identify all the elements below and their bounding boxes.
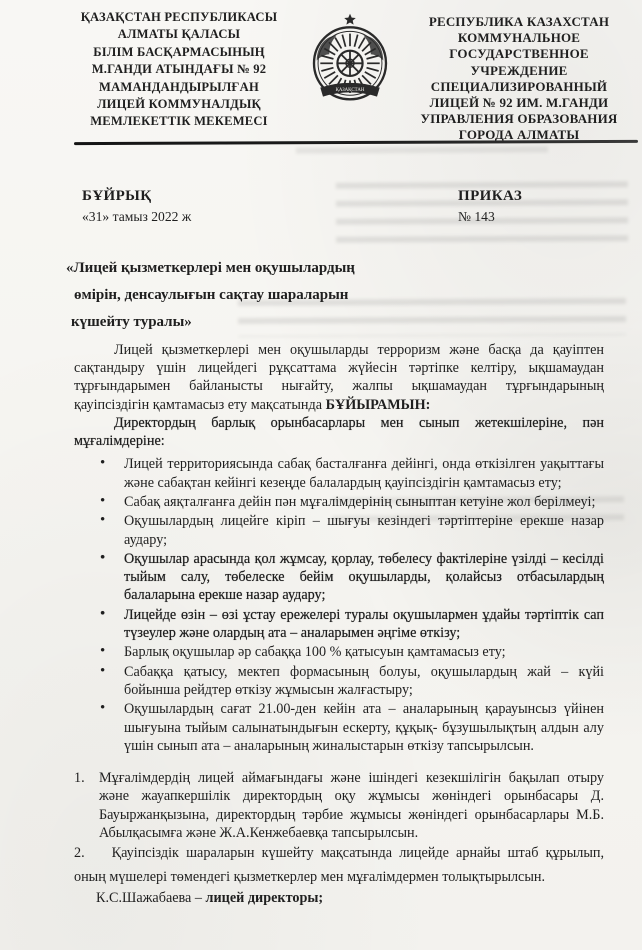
- letterhead: ҚАЗАҚСТАН РЕСПУБЛИКАСЫ АЛМАТЫ ҚАЛАСЫ БІЛ…: [0, 0, 642, 144]
- order-number: № 143: [458, 209, 578, 225]
- letterhead-line: КОММУНАЛЬНОЕ: [402, 30, 636, 46]
- order-date: «31» тамыз 2022 ж: [82, 209, 191, 225]
- subject-line: «Лицей қызметкерлері мен оқушылардың: [66, 255, 396, 282]
- subject-line: өмірін, денсаулығын сақтау шараларын: [66, 282, 396, 309]
- letterhead-line: МАМАНДАНДЫРЫЛҒАН: [60, 79, 298, 96]
- letterhead-line: СПЕЦИАЛИЗИРОВАННЫЙ: [402, 79, 636, 95]
- bleed-through-artifact: [296, 146, 548, 160]
- list-item: •Лицейде өзін – өзі ұстау ережелері тура…: [124, 606, 604, 643]
- staff-member-line: К.С.Шажабаева – лицей директоры;: [74, 889, 604, 907]
- numbered-directives: 1. Мұғалімдердің лицей аймағындағы және …: [74, 769, 604, 907]
- bullet-marker: •: [100, 492, 105, 510]
- scanned-order-document: ҚАЗАҚСТАН РЕСПУБЛИКАСЫ АЛМАТЫ ҚАЛАСЫ БІЛ…: [0, 0, 642, 950]
- bullet-marker: •: [100, 454, 105, 472]
- addressees-paragraph: Директордың барлық орынбасарлары мен сын…: [74, 414, 604, 451]
- list-item: •Сабақ аяқталғанға дейін пән мұғалімдері…: [124, 493, 604, 511]
- letterhead-line: РЕСПУБЛИКА КАЗАХСТАН: [402, 14, 636, 30]
- order-body: Лицей қызметкерлері мен оқушыларды терро…: [74, 341, 604, 908]
- letterhead-line: М.ГАНДИ АТЫНДАҒЫ № 92: [60, 61, 298, 78]
- letterhead-kazakh-block: ҚАЗАҚСТАН РЕСПУБЛИКАСЫ АЛМАТЫ ҚАЛАСЫ БІЛ…: [60, 6, 298, 144]
- letterhead-line: УЧРЕЖДЕНИЕ: [402, 63, 636, 79]
- list-item-text: Оқушылар арасында қол жұмсау, қорлау, тө…: [124, 551, 604, 604]
- list-item: •Оқушылардың лицейге кіріп – шығуы кезін…: [124, 512, 604, 549]
- list-item-text: Лицейде өзін – өзі ұстау ережелері турал…: [124, 607, 604, 641]
- list-item: •Оқушылардың сағат 21.00-ден кейін ата –…: [124, 700, 604, 755]
- staff-role: лицей директоры;: [206, 890, 324, 906]
- item-text: Мұғалімдердің лицей аймағындағы және іші…: [99, 769, 604, 842]
- numbered-item-2: 2.Қауіпсіздік шараларын күшейту мақсатын…: [74, 842, 604, 889]
- list-item-text: Лицей территориясында сабақ басталғанға …: [124, 456, 604, 490]
- letterhead-line: МЕМЛЕКЕТТІК МЕКЕМЕСІ: [60, 113, 298, 130]
- bullet-marker: •: [100, 662, 105, 680]
- letterhead-line: АЛМАТЫ ҚАЛАСЫ: [60, 26, 298, 43]
- kazakhstan-state-emblem-icon: ҚАЗАҚСТАН: [298, 6, 402, 144]
- letterhead-line: ЛИЦЕЙ № 92 ИМ. М.ГАНДИ: [402, 95, 636, 111]
- list-item: •Сабаққа қатысу, мектеп формасының болуы…: [124, 663, 604, 700]
- item-number: 2.: [74, 845, 112, 861]
- letterhead-russian-block: РЕСПУБЛИКА КАЗАХСТАН КОММУНАЛЬНОЕ ГОСУДА…: [402, 6, 636, 144]
- letterhead-line: УПРАВЛЕНИЯ ОБРАЗОВАНИЯ: [402, 111, 636, 127]
- emblem-banner-text: ҚАЗАҚСТАН: [336, 88, 365, 93]
- bullet-marker: •: [100, 549, 105, 567]
- order-label-kk: БҰЙРЫҚ: [82, 188, 191, 205]
- item-text: Қауіпсіздік шараларын күшейту мақсатында…: [74, 845, 604, 885]
- list-item: •Лицей территориясында сабақ басталғанға…: [124, 455, 604, 492]
- directives-list: •Лицей территориясында сабақ басталғанға…: [74, 455, 604, 755]
- letterhead-line: ГОСУДАРСТВЕННОЕ: [402, 46, 636, 62]
- letterhead-line: ЛИЦЕЙ КОММУНАЛДЫҚ: [60, 96, 298, 113]
- bullet-marker: •: [100, 699, 105, 717]
- order-heading-row: БҰЙРЫҚ «31» тамыз 2022 ж ПРИКАЗ № 143: [0, 188, 642, 225]
- list-item-text: Барлық оқушылар әр сабаққа 100 % қатысуы…: [124, 644, 506, 660]
- bullet-marker: •: [100, 511, 105, 529]
- list-item-text: Оқушылардың сағат 21.00-ден кейін ата – …: [124, 701, 604, 754]
- order-label-ru: ПРИКАЗ: [458, 188, 578, 205]
- letterhead-line: ҚАЗАҚСТАН РЕСПУБЛИКАСЫ: [60, 9, 298, 26]
- letterhead-line: БІЛІМ БАСҚАРМАСЫНЫҢ: [60, 44, 298, 61]
- order-heading-kazakh: БҰЙРЫҚ «31» тамыз 2022 ж: [82, 188, 191, 225]
- intro-directive-word: БҰЙЫРАМЫН:: [326, 397, 431, 413]
- staff-name: К.С.Шажабаева –: [96, 890, 206, 906]
- numbered-item-1: 1. Мұғалімдердің лицей аймағындағы және …: [74, 769, 604, 842]
- list-item-text: Сабақ аяқталғанға дейін пән мұғалімдерін…: [124, 494, 595, 510]
- bullet-marker: •: [100, 605, 105, 623]
- list-item-text: Сабаққа қатысу, мектеп формасының болуы,…: [124, 664, 604, 698]
- subject-line: күшейту туралы»: [66, 309, 396, 336]
- item-number: 1.: [74, 769, 99, 842]
- list-item-text: Оқушылардың лицейге кіріп – шығуы кезінд…: [124, 513, 604, 547]
- intro-paragraph: Лицей қызметкерлері мен оқушыларды терро…: [74, 341, 604, 414]
- list-item: •Оқушылар арасында қол жұмсау, қорлау, т…: [124, 550, 604, 605]
- order-subject-title: «Лицей қызметкерлері мен оқушылардың өмі…: [66, 255, 396, 336]
- list-item: •Барлық оқушылар әр сабаққа 100 % қатысу…: [124, 643, 604, 661]
- order-heading-russian: ПРИКАЗ № 143: [458, 188, 578, 225]
- bullet-marker: •: [100, 642, 105, 660]
